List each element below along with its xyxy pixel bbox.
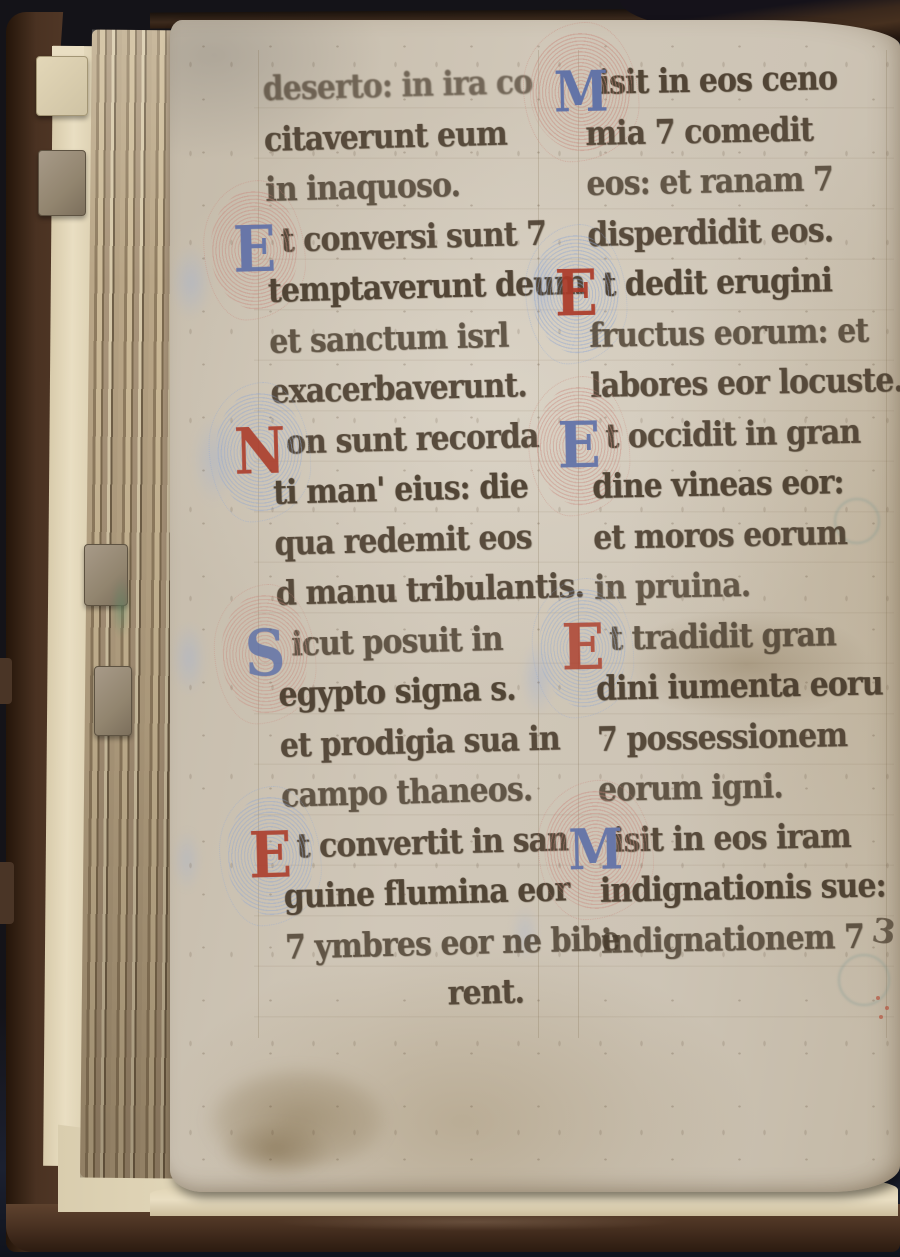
text-line: Misit in eos iram (599, 810, 864, 866)
photograph-of-open-manuscript: deserto: in ira cocitaverunt eumin inaqu… (0, 0, 900, 1257)
text-line: et moros eorum (593, 507, 858, 563)
text-line: labores eor locuste. (590, 356, 855, 412)
parchment-page: deserto: in ira cocitaverunt eumin inaqu… (170, 20, 900, 1192)
stain (178, 1050, 418, 1190)
text-column-right: Misit in eos cenomia 7 comediteos: et ra… (584, 53, 865, 967)
leather-remnant (0, 658, 12, 704)
text-line: disperdidit eos. (587, 204, 852, 260)
text-line: qua redemit eos (274, 512, 513, 569)
text-line: et sanctum isrl (269, 310, 508, 367)
text-line: in inaquoso. (265, 159, 504, 216)
text-line: Et dedit erugini (588, 255, 853, 311)
index-tab (94, 666, 132, 736)
text-line: citaverunt eum (263, 108, 502, 165)
text-line: dini iumenta eoru (596, 659, 861, 715)
text-line: Misit in eos ceno (584, 53, 849, 109)
text-line: guine flumina eor (283, 866, 522, 923)
text-line: 7 possessionem (597, 709, 862, 765)
ruling-vertical (886, 50, 887, 1038)
text-line: egypto signa s. (278, 664, 517, 721)
text-line: eos: et ranam 7 (586, 154, 851, 210)
text-line: d manu tribulantis. (275, 563, 514, 620)
text-line: temptaverunt deum (267, 260, 506, 317)
text-line: fructus eorum: et (589, 305, 854, 361)
text-line: mia 7 comedit (585, 103, 850, 159)
margin-mark: 3 (869, 911, 898, 954)
text-line: ti man' eius: die (273, 462, 512, 519)
red-speckles (876, 996, 896, 1022)
text-line: et prodigia sua in (279, 714, 518, 771)
pigment-offset-smudge (166, 608, 212, 708)
green-stain (108, 566, 134, 650)
text-line: indignationis sue: (600, 861, 865, 917)
index-tab (38, 150, 86, 216)
leather-remnant (0, 862, 14, 924)
text-line: Et conversi sunt 7 (266, 209, 505, 266)
stain (200, 1110, 350, 1190)
text-line: deserto: in ira co (262, 58, 501, 115)
text-line: Et tradidit gran (595, 608, 860, 664)
text-line: indignationem 7 (600, 911, 865, 967)
text-line: Et convertit in san (282, 815, 521, 872)
text-line: in pruina. (594, 558, 859, 614)
pigment-offset-smudge (168, 818, 206, 902)
text-column-left: deserto: in ira cocitaverunt eumin inaqu… (262, 58, 525, 1023)
text-line: Non sunt recorda (271, 411, 510, 468)
text-line: dine vineas eor: (592, 457, 857, 513)
text-line: campo thaneos. (281, 765, 520, 822)
text-line: Et occidit in gran (591, 406, 856, 462)
text-line: rent. (286, 966, 525, 1023)
index-tab (36, 56, 88, 116)
text-line: 7 ymbres eor ne bibe (284, 916, 523, 973)
text-line: Sicut posuit in (277, 613, 516, 670)
text-line: exacerbaverunt. (270, 361, 509, 418)
